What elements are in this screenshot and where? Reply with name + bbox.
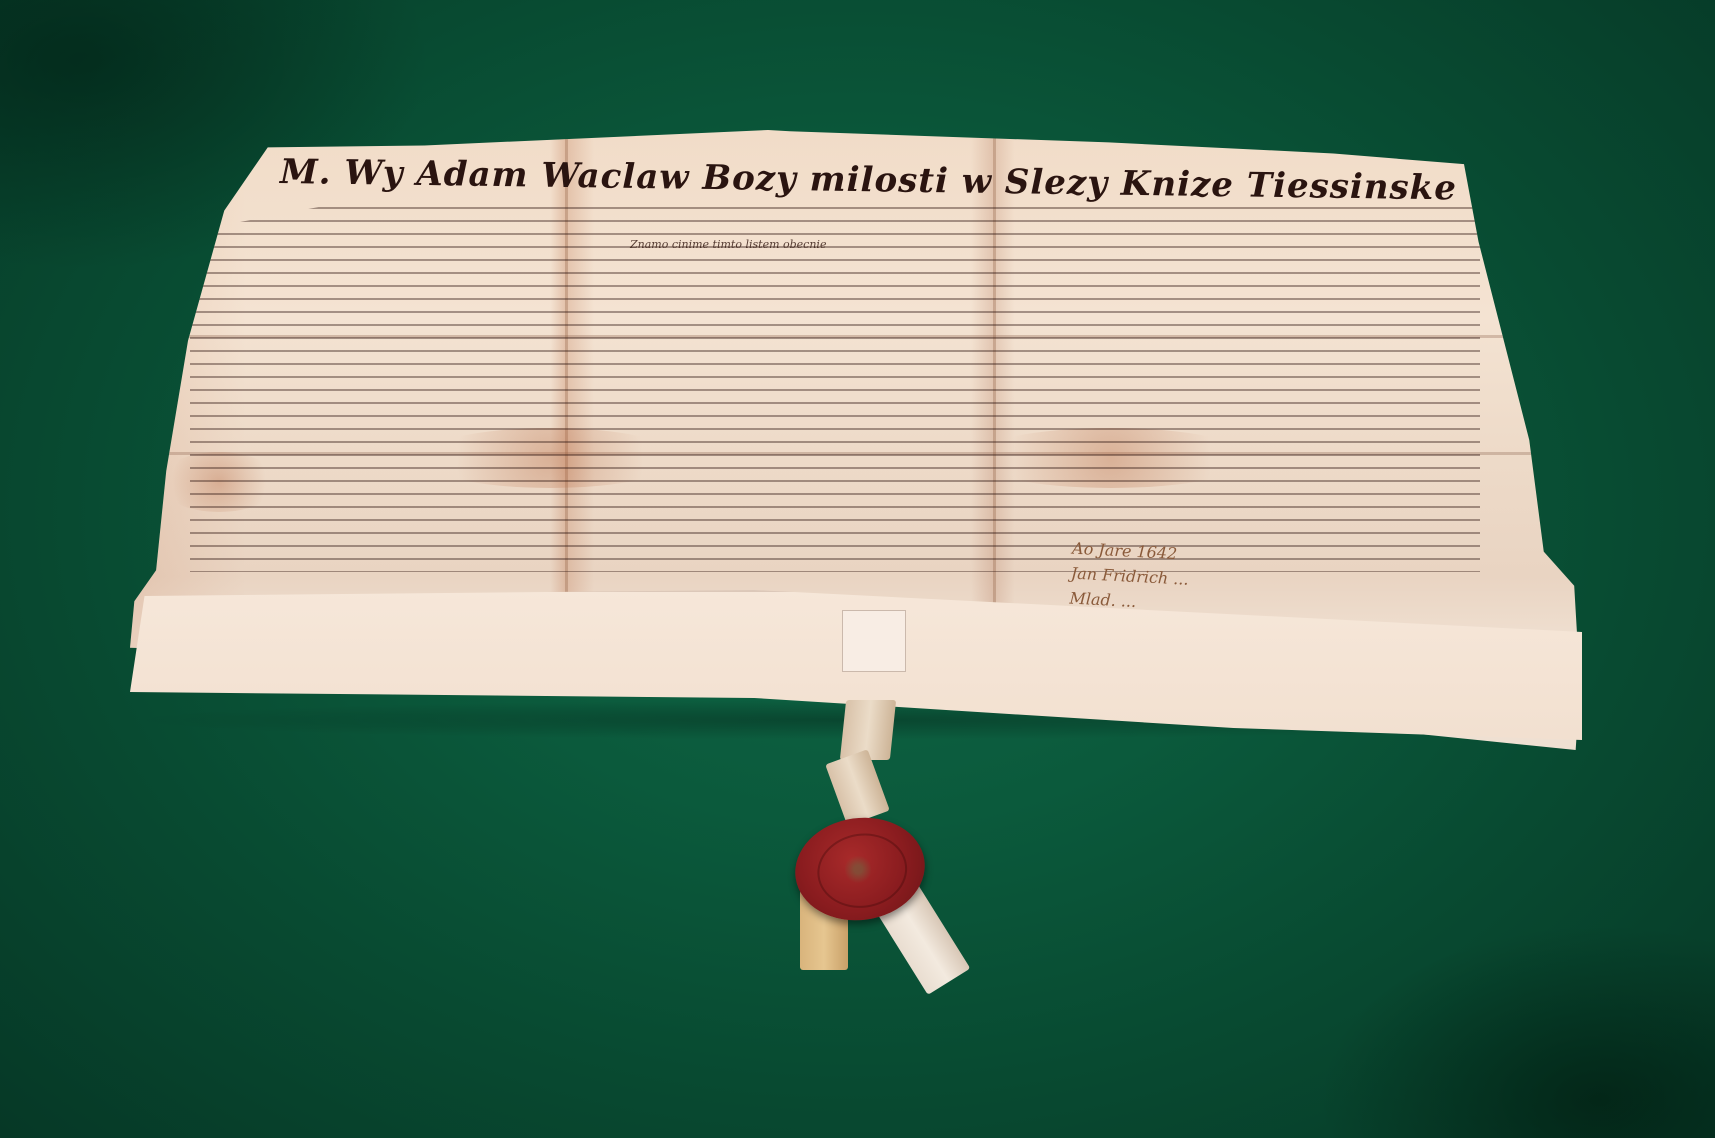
document-heading: M. Wy Adam Waclaw Bozy milosti w Slezy K… bbox=[280, 152, 1430, 208]
seal-strap-slot bbox=[842, 610, 906, 672]
body-text-fragment: Znamo cinime timto listem obecnie bbox=[630, 238, 826, 251]
handwritten-body-text bbox=[190, 202, 1480, 572]
seal-strap bbox=[825, 749, 890, 825]
seal-emblem-icon bbox=[843, 853, 873, 886]
